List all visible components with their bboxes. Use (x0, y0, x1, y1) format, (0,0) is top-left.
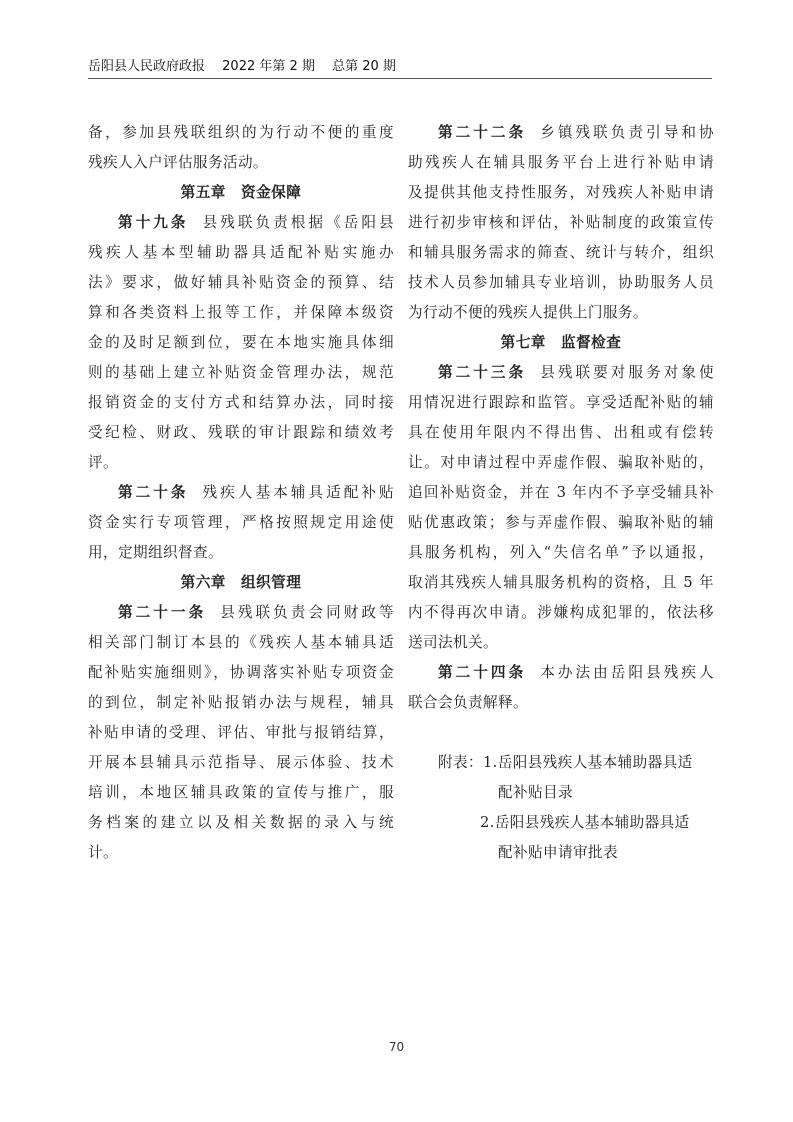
article-label: 第十九条 (118, 214, 189, 231)
article-23-first-line: 第二十三条县残联要对服务对象使 (408, 358, 714, 388)
body-line: 相关部门制订本县的《残疾人基本辅具适 (88, 628, 394, 658)
total-issue-number: 总第 20 期 (332, 59, 396, 74)
page-number: 70 (0, 1040, 793, 1054)
article-label: 第二十条 (118, 484, 189, 501)
body-line: 内不得再次申请。涉嫌构成犯罪的，依法移 (408, 598, 714, 628)
body-text: 本办法由岳阳县残疾人 (540, 664, 714, 681)
body-text: 乡镇残联负责引导和协 (540, 124, 714, 141)
body-line: 评。 (88, 448, 394, 478)
body-line: 金的及时足额到位，要在本地实施具体细 (88, 328, 394, 358)
body-line: 取消其残疾人辅具服务机构的资格，且 5 年 (408, 568, 714, 598)
body-line: 贴优惠政策；参与弄虚作假、骗取补贴的辅 (408, 508, 714, 538)
body-line: 报销资金的支付方式和结算办法，同时接 (88, 388, 394, 418)
article-label: 第二十二条 (438, 124, 526, 141)
right-column: 第二十二条乡镇残联负责引导和协 助残疾人在辅具服务平台上进行补贴申请 及提供其他… (408, 118, 714, 868)
body-line: 则的基础上建立补贴资金管理办法，规范 (88, 358, 394, 388)
attachment-number: 2. (480, 814, 495, 831)
attachment-2-cont: 配补贴申请审批表 (408, 838, 714, 868)
body-line: 资金实行专项管理，严格按照规定用途使 (88, 508, 394, 538)
attachment-title: 岳阳县残疾人基本辅助器具适 (495, 814, 690, 831)
spacer (408, 718, 714, 748)
body-line: 计。 (88, 838, 394, 868)
body-line: 追回补贴资金，并在 3 年内不予享受辅具补 (408, 478, 714, 508)
body-line: 开展本县辅具示范指导、展示体验、技术 (88, 748, 394, 778)
chapter-heading-6: 第六章 组织管理 (88, 568, 394, 598)
chapter-heading-5: 第五章 资金保障 (88, 178, 394, 208)
body-line: 残疾人入户评估服务活动。 (88, 148, 394, 178)
running-header: 岳阳县人民政府政报 2022 年第 2 期 总第 20 期 (88, 58, 712, 79)
body-line: 算和各类资料上报等工作，并保障本级资 (88, 298, 394, 328)
article-22-first-line: 第二十二条乡镇残联负责引导和协 (408, 118, 714, 148)
left-column: 备，参加县残联组织的为行动不便的重度 残疾人入户评估服务活动。 第五章 资金保障… (88, 118, 394, 868)
body-text: 县残联负责会同财政等 (220, 604, 394, 621)
attachment-1-cont: 配补贴目录 (408, 778, 714, 808)
body-line: 法》要求，做好辅具补贴资金的预算、结 (88, 268, 394, 298)
body-line: 具在使用年限内不得出售、出租或有偿转 (408, 418, 714, 448)
body-line: 用，定期组织督查。 (88, 538, 394, 568)
body-line: 残疾人基本型辅助器具适配补贴实施办 (88, 238, 394, 268)
body-text: 残疾人基本辅具适配补贴 (203, 484, 394, 501)
attachment-2: 2.岳阳县残疾人基本辅助器具适 (408, 808, 714, 838)
body-line: 具服务机构，列入“失信名单”予以通报， (408, 538, 714, 568)
article-24-first-line: 第二十四条本办法由岳阳县残疾人 (408, 658, 714, 688)
attachment-prefix: 附表： (438, 754, 483, 771)
body-line: 补贴申请的受理、评估、审批与报销结算， (88, 718, 394, 748)
body-line: 为行动不便的残疾人提供上门服务。 (408, 298, 714, 328)
body-line: 技术人员参加辅具专业培训，协助服务人员 (408, 268, 714, 298)
issue-number: 2022 年第 2 期 (222, 59, 315, 74)
body-line: 和辅具服务需求的筛查、统计与转介，组织 (408, 238, 714, 268)
body-line: 让。对申请过程中弄虚作假、骗取补贴的， (408, 448, 714, 478)
body-line: 培训，本地区辅具政策的宣传与推广，服 (88, 778, 394, 808)
attachment-number: 1. (483, 754, 498, 771)
article-label: 第二十四条 (438, 664, 526, 681)
article-label: 第二十三条 (438, 364, 526, 381)
attachment-1: 附表：1.岳阳县残疾人基本辅助器具适 (408, 748, 714, 778)
body-line: 配补贴实施细则》，协调落实补贴专项资金 (88, 658, 394, 688)
body-line: 联合会负责解释。 (408, 688, 714, 718)
body-text: 县残联负责根据《岳阳县 (203, 214, 394, 231)
body-line: 用情况进行跟踪和监管。享受适配补贴的辅 (408, 388, 714, 418)
article-19-first-line: 第十九条县残联负责根据《岳阳县 (88, 208, 394, 238)
article-label: 第二十一条 (118, 604, 206, 621)
body-line: 备，参加县残联组织的为行动不便的重度 (88, 118, 394, 148)
body-line: 及提供其他支持性服务，对残疾人补贴申请 (408, 178, 714, 208)
body-line: 助残疾人在辅具服务平台上进行补贴申请 (408, 148, 714, 178)
body-line: 的到位，制定补贴报销办法与规程，辅具 (88, 688, 394, 718)
chapter-heading-7: 第七章 监督检查 (408, 328, 714, 358)
body-line: 受纪检、财政、残联的审计跟踪和绩效考 (88, 418, 394, 448)
body-line: 送司法机关。 (408, 628, 714, 658)
article-20-first-line: 第二十条残疾人基本辅具适配补贴 (88, 478, 394, 508)
publication-title: 岳阳县人民政府政报 (88, 59, 205, 74)
body-line: 进行初步审核和评估，补贴制度的政策宣传 (408, 208, 714, 238)
article-21-first-line: 第二十一条县残联负责会同财政等 (88, 598, 394, 628)
body-text: 县残联要对服务对象使 (540, 364, 714, 381)
body-line: 务档案的建立以及相关数据的录入与统 (88, 808, 394, 838)
attachment-title: 岳阳县残疾人基本辅助器具适 (498, 754, 693, 771)
